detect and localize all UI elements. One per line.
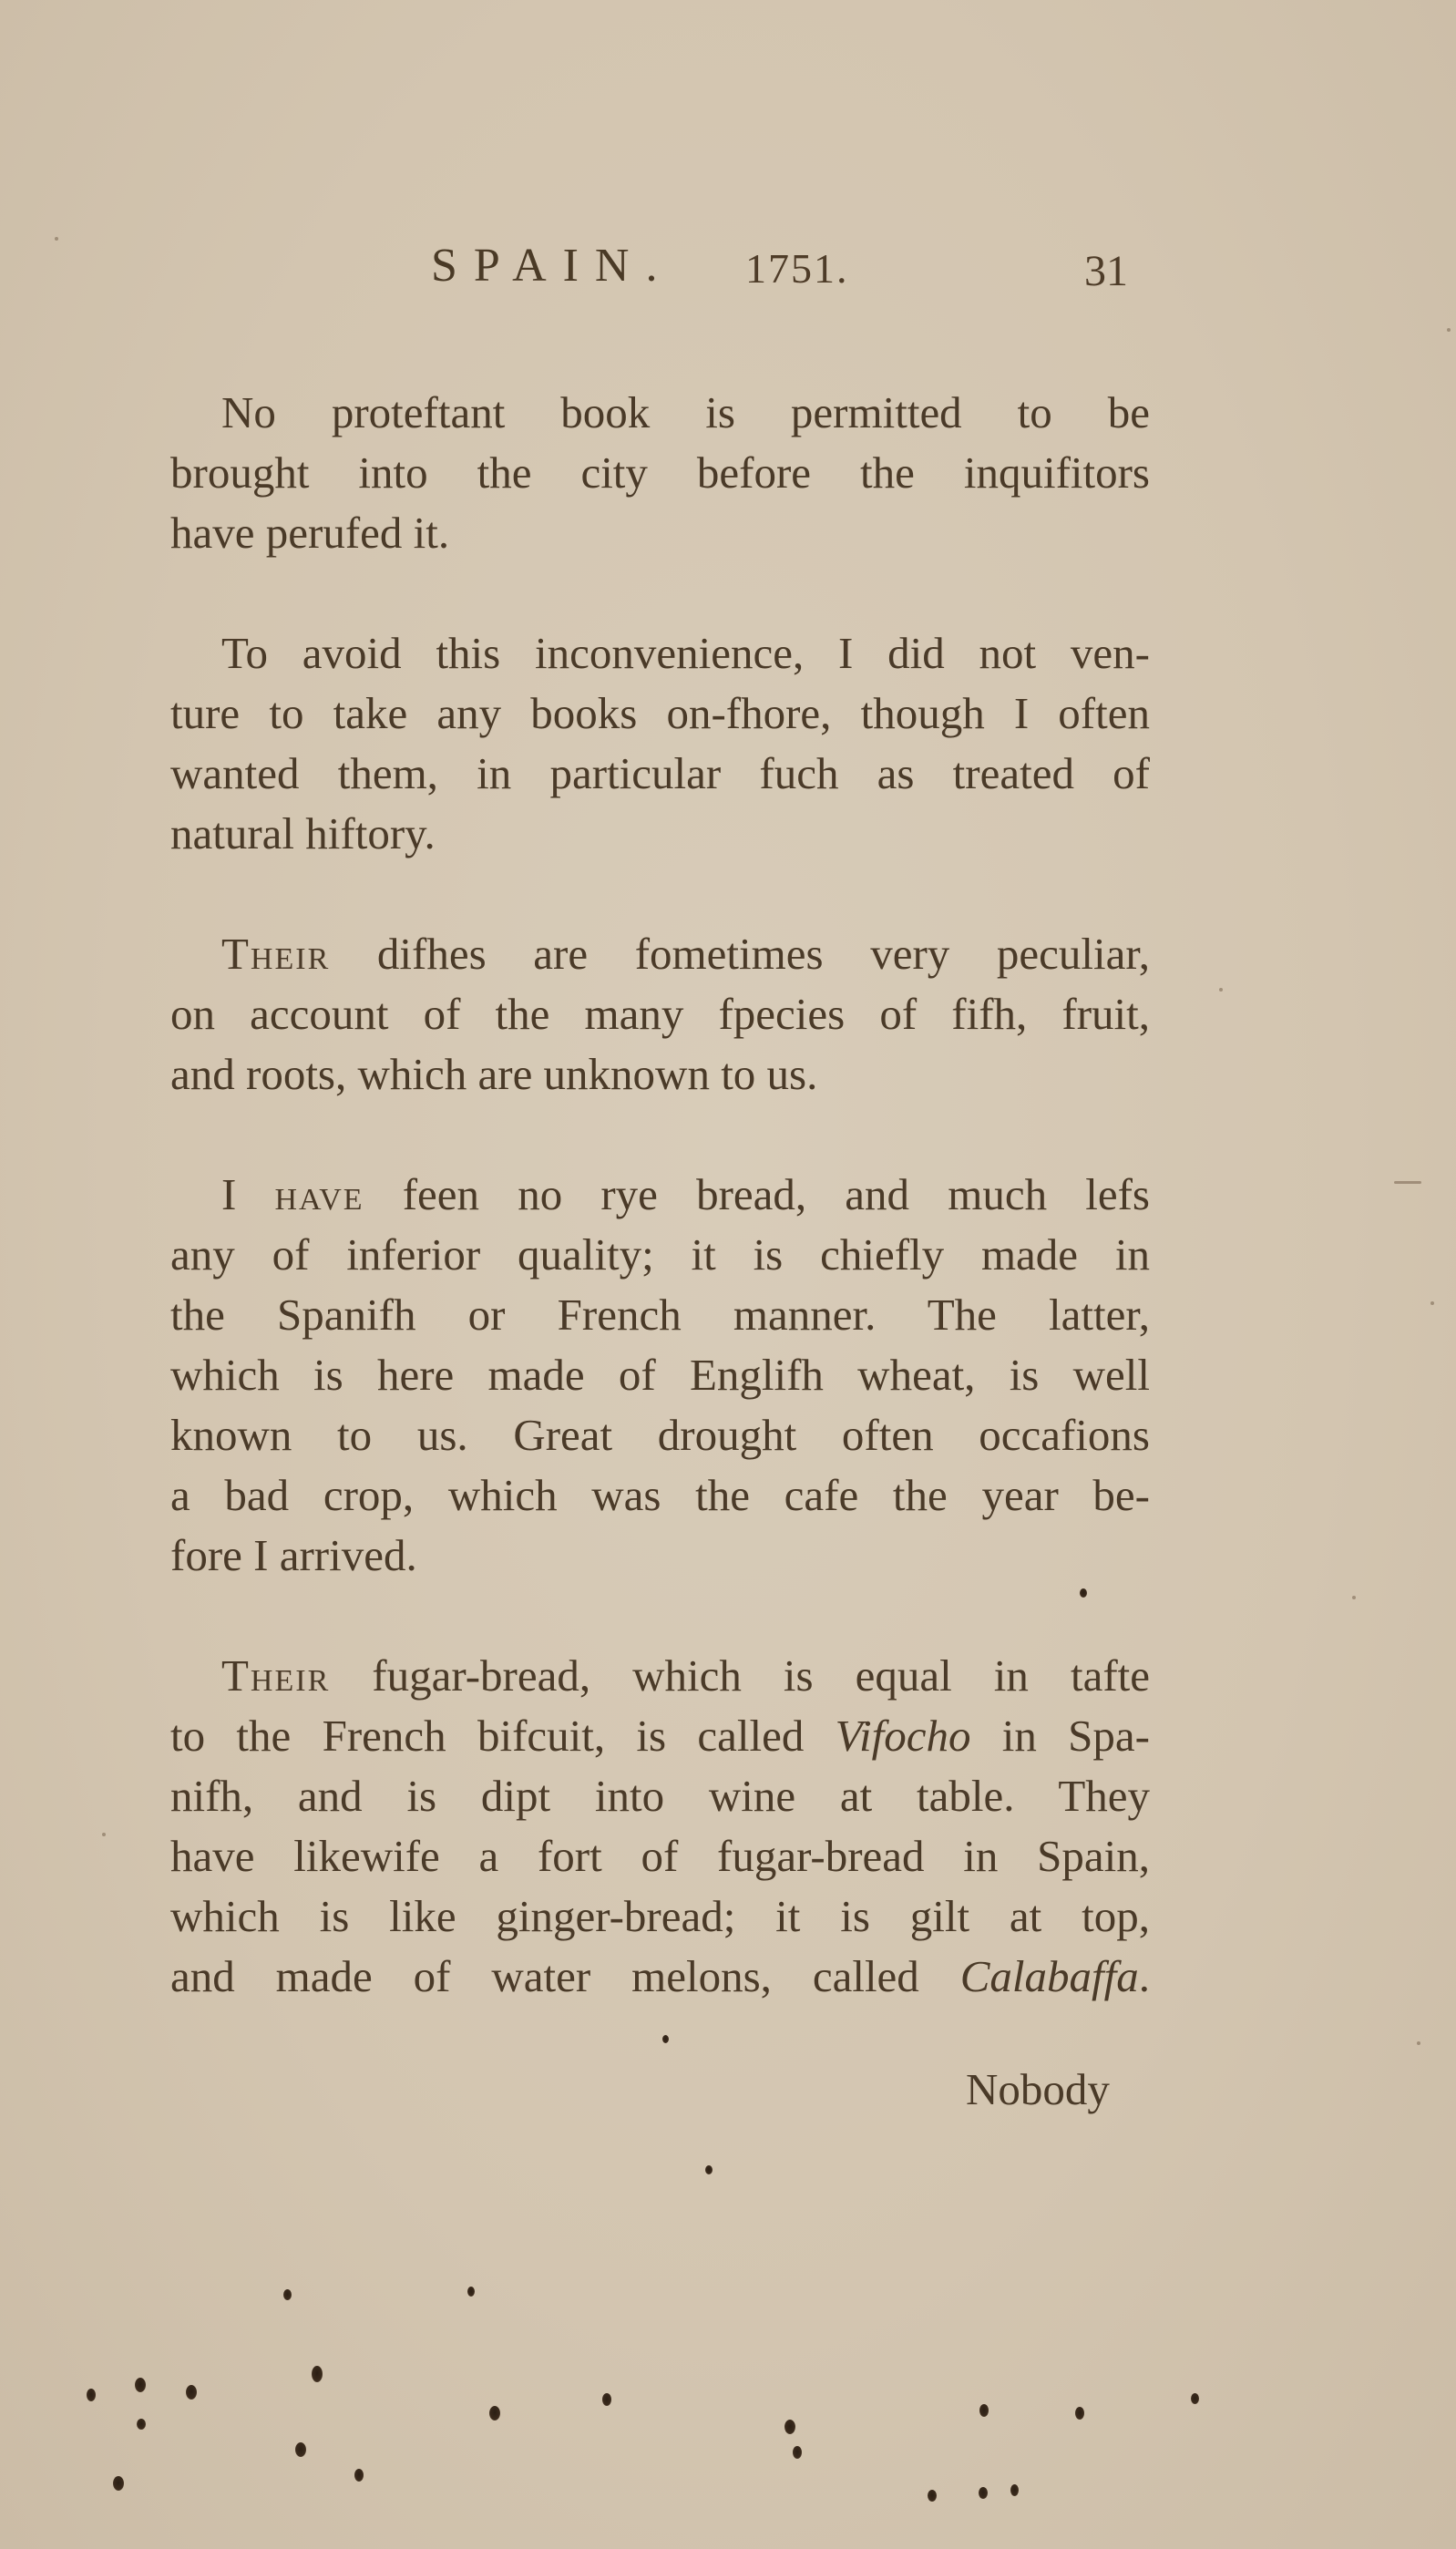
wormhole [979,2487,988,2499]
page-header: SPAIN. 1751. 31 [0,239,1456,312]
wormhole [135,2378,146,2392]
wormhole [137,2419,146,2430]
wormhole [354,2469,364,2482]
wormhole [793,2446,802,2459]
text-line: and made of water melons, called Calabaf… [170,1947,1150,2007]
wormhole [928,2490,937,2502]
italic-term: Calabaffa [960,1951,1139,2001]
wormhole [489,2406,500,2421]
text-line: and roots, which are unknown to us. [170,1044,1150,1105]
wormhole [705,2165,713,2174]
wormhole [1010,2484,1019,2496]
running-title: SPAIN. [431,239,674,293]
page-number: 31 [1084,246,1128,296]
paper-speck [102,1833,106,1836]
text-line: a bad crop, which was the cafe the year … [170,1465,1150,1526]
small-caps-lead: Their [221,1650,330,1701]
wormhole [295,2442,306,2457]
text-line: which is like ginger-bread; it is gilt a… [170,1886,1150,1947]
text-line: To avoid this inconvenience, I did not v… [170,623,1150,684]
text-line: ture to take any books on-fhore, though … [170,684,1150,744]
wormhole [784,2420,795,2434]
catchword: Nobody [966,2063,1110,2115]
text-line: have perufed it. [170,503,1150,563]
text-line: wanted them, in particular fuch as treat… [170,744,1150,804]
text-line: the Spanifh or French manner. The latter… [170,1285,1150,1345]
paper-speck [1219,988,1223,992]
small-caps-lead: have [275,1169,364,1219]
wormhole [1191,2393,1199,2404]
paragraph-sugar-bread: Their fugar-bread, which is equal in taf… [170,1646,1150,2007]
wormhole [186,2385,197,2400]
text-line: nifh, and is dipt into wine at table. Th… [170,1766,1150,1826]
text-line: fore I arrived. [170,1526,1150,1586]
wormhole [312,2366,323,2382]
text-line: to the French bifcuit, is called Vifocho… [170,1706,1150,1766]
paper-speck [1394,1181,1421,1184]
text-line: any of inferior quality; it is chiefly m… [170,1225,1150,1285]
paper-speck [1417,2041,1420,2045]
small-caps-lead: Their [221,929,330,979]
text-line: I have feen no rye bread, and much lefs [170,1165,1150,1225]
paragraph-inconvenience: To avoid this inconvenience, I did not v… [170,623,1150,864]
wormhole [467,2287,475,2297]
paragraph-dishes: Their difhes are fometimes very peculiar… [170,924,1150,1105]
text-line: natural hiftory. [170,804,1150,864]
wormhole [1080,1588,1087,1598]
paper-speck [1447,328,1451,332]
wormhole [979,2404,989,2417]
paper-speck [55,237,58,241]
text-line: known to us. Great drought often occafio… [170,1405,1150,1465]
text-line: Their difhes are fometimes very peculiar… [170,924,1150,984]
book-page: SPAIN. 1751. 31 No proteftant book is pe… [0,0,1456,2549]
text-line: on account of the many fpecies of fifh, … [170,984,1150,1044]
text-line: No proteftant book is permitted to be [170,383,1150,443]
paragraph-protestant-books: No proteftant book is permitted to be br… [170,383,1150,563]
text-line: which is here made of Englifh wheat, is … [170,1345,1150,1405]
body-text: No proteftant book is permitted to be br… [170,383,1150,2067]
text-line: brought into the city before the inquifi… [170,443,1150,503]
wormhole [602,2393,611,2406]
italic-term: Vifocho [836,1711,971,1761]
wormhole [662,2035,669,2043]
text-line: Their fugar-bread, which is equal in taf… [170,1646,1150,1706]
paper-speck [1352,1596,1356,1599]
paper-speck [1430,1301,1434,1305]
wormhole [113,2476,124,2491]
text-line: have likewife a fort of fugar-bread in S… [170,1826,1150,1886]
wormhole [87,2389,96,2401]
wormhole [283,2289,292,2300]
running-year: 1751. [745,244,849,293]
wormhole [1075,2407,1084,2420]
paragraph-bread: I have feen no rye bread, and much lefs … [170,1165,1150,1586]
